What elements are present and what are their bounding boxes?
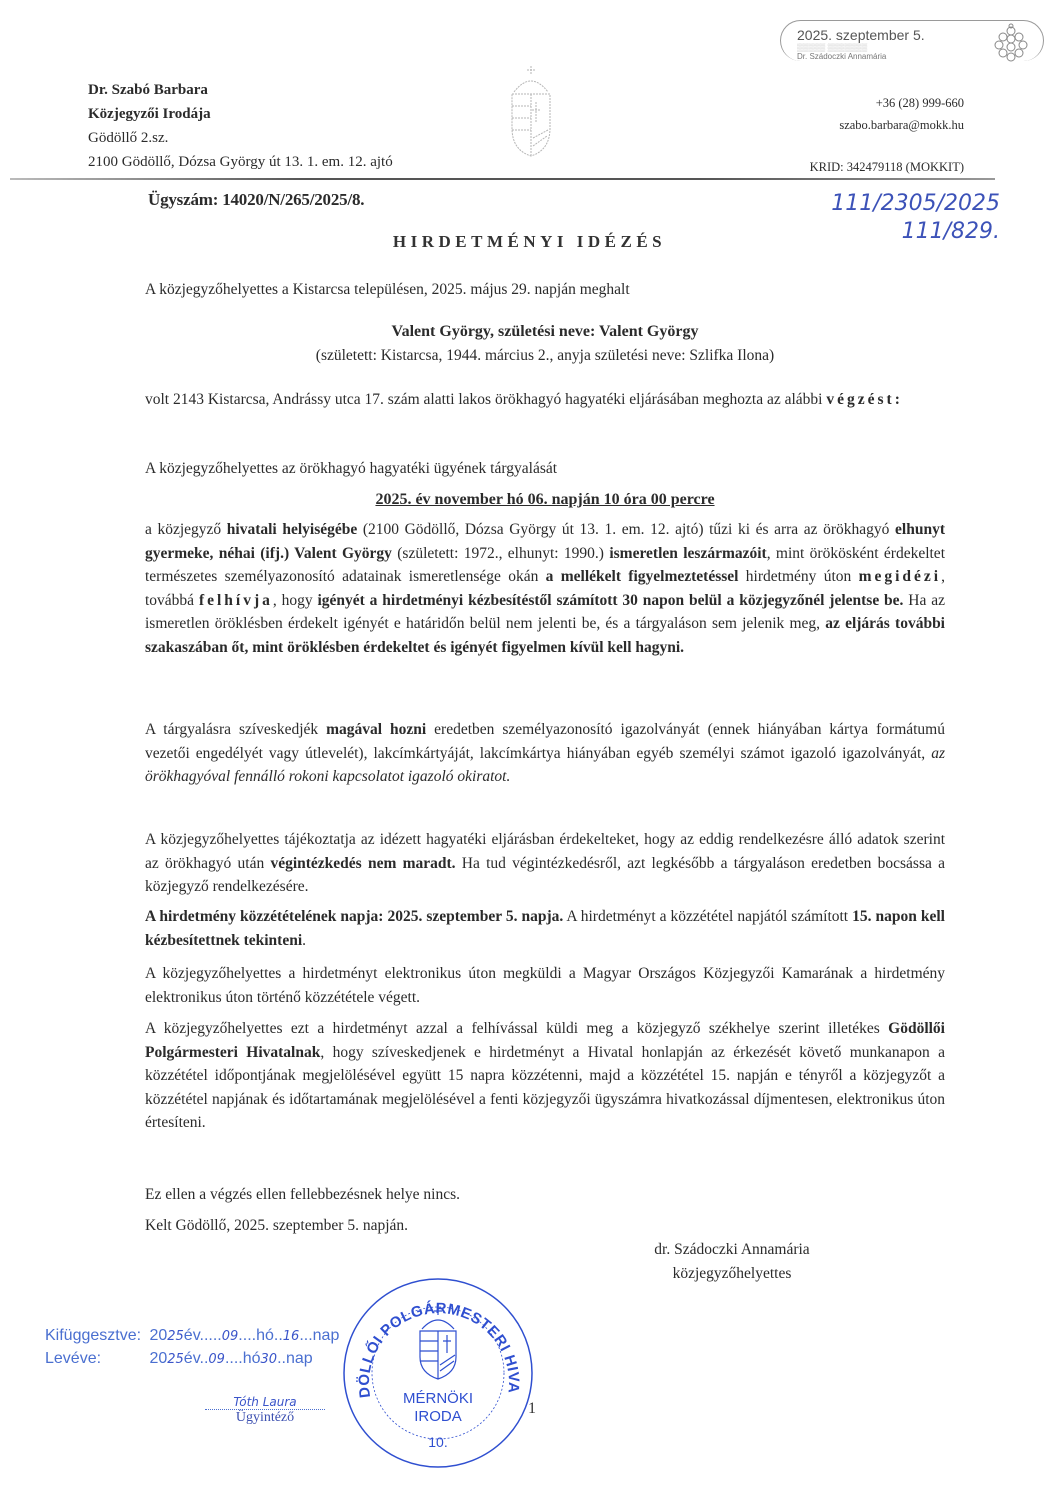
residence-paragraph: volt 2143 Kistarcsa, Andrássy utca 17. s… xyxy=(145,388,945,412)
posted-year: 25 xyxy=(167,1329,184,1344)
esign-faint-line: ▒▒▒▒▒ ▒▒▒▒▒▒▒ xyxy=(797,43,867,52)
intro-paragraph: A közjegyzőhelyettes a Kistarcsa települ… xyxy=(145,278,945,302)
text-run: (2100 Gödöllő, Dózsa György út 13. 1. em… xyxy=(357,521,895,538)
will-info-paragraph: A közjegyzőhelyettes tájékoztatja az idé… xyxy=(145,828,945,899)
colon: : xyxy=(895,391,900,408)
text-run: végintézkedés nem maradt. xyxy=(270,855,455,872)
document-title: HIRDETMÉNYI IDÉZÉS xyxy=(0,232,1059,252)
text-run: (született: 1972., elhunyt: 1990.) xyxy=(392,545,609,562)
office-name: Dr. Szabó Barbara xyxy=(88,78,393,102)
office-email[interactable]: szabo.barbara@mokk.hu xyxy=(839,114,964,136)
clerk-signature: Tóth Laura xyxy=(205,1395,325,1410)
stamp-line-1: MÉRNÖKI xyxy=(403,1389,473,1407)
month-word: hó xyxy=(243,1350,261,1367)
office-title: Közjegyzői Irodája xyxy=(88,102,393,126)
no-appeal-notice: Ez ellen a végzés ellen fellebbezésnek h… xyxy=(145,1183,945,1207)
posted-year-prefix: 20 xyxy=(149,1327,167,1344)
text-run: ismeretlen leszármazóit xyxy=(609,545,766,562)
decision-word: végzést xyxy=(826,391,894,408)
hearing-date: 2025. év november hó 06. napján 10 óra 0… xyxy=(145,488,945,512)
removed-month: 09 xyxy=(208,1352,225,1367)
text-run: hivatali helyiségébe xyxy=(227,521,357,538)
removed-year: 25 xyxy=(167,1352,184,1367)
stamp-ring-text: GÖDÖLLŐI POLGÁRMESTERI HIVATAL xyxy=(340,1275,522,1399)
signer-name: dr. Szádoczki Annamária xyxy=(622,1238,842,1262)
municipal-office-stamp: GÖDÖLLŐI POLGÁRMESTERI HIVATAL MÉRNÖKI I… xyxy=(340,1275,536,1471)
esign-date: 2025. szeptember 5. xyxy=(797,27,925,43)
year-word: év xyxy=(184,1350,200,1367)
text-run: a mellékelt figyelmeztetéssel xyxy=(546,568,739,585)
removed-row: Levéve: 2025év..09....hó30..nap xyxy=(45,1348,339,1371)
hearing-intro: A közjegyzőhelyettes az örökhagyó hagyat… xyxy=(145,457,945,481)
header-divider xyxy=(10,178,995,180)
notary-seal-icon xyxy=(991,23,1031,67)
text-run: , hogy xyxy=(273,592,318,609)
handwritten-line-1: 111/2305/2025 xyxy=(790,190,1000,218)
deceased-details: (született: Kistarcsa, 1944. március 2.,… xyxy=(145,344,945,368)
notary-office-block: Dr. Szabó Barbara Közjegyzői Irodája Göd… xyxy=(88,78,393,174)
chamber-paragraph: A közjegyzőhelyettes a hirdetményt elekt… xyxy=(145,962,945,1009)
page-number: 1 xyxy=(528,1400,536,1418)
stamp-number: 10. xyxy=(428,1434,447,1450)
deceased-block: Valent György, születési neve: Valent Gy… xyxy=(145,320,945,367)
signer-role: közjegyzőhelyettes xyxy=(622,1262,842,1286)
text-run: igényét a hirdetményi kézbesítéstől szám… xyxy=(317,592,903,609)
hungarian-coat-of-arms-icon xyxy=(500,62,562,162)
summons-paragraph: a közjegyző hivatali helyiségébe (2100 G… xyxy=(145,518,945,659)
day-word: nap xyxy=(313,1327,340,1344)
day-word: nap xyxy=(286,1350,313,1367)
text-run: A hirdetményt a közzététel napjától szám… xyxy=(563,908,852,925)
text-run: A hirdetmény közzétételének napja: 2025.… xyxy=(145,908,563,925)
posted-label: Kifüggesztve: xyxy=(45,1325,145,1347)
office-address: 2100 Gödöllő, Dózsa György út 13. 1. em.… xyxy=(88,150,393,174)
stamp-line-2: IRODA xyxy=(414,1408,462,1425)
text-run: . xyxy=(302,932,306,949)
text-run: a közjegyző xyxy=(145,521,227,538)
removed-year-prefix: 20 xyxy=(149,1350,167,1367)
deceased-name: Valent György, születési neve: Valent Gy… xyxy=(145,320,945,344)
publication-paragraph: A hirdetmény közzétételének napja: 2025.… xyxy=(145,905,945,952)
removed-label: Levéve: xyxy=(45,1348,145,1370)
contact-block: +36 (28) 999-660 szabo.barbara@mokk.hu xyxy=(839,92,964,136)
posting-stamp: Kifüggesztve: 2025év.....09....hó..16...… xyxy=(45,1325,339,1371)
clerk-role: Ügyintéző xyxy=(205,1410,325,1426)
office-phone: +36 (28) 999-660 xyxy=(839,92,964,114)
svg-text:GÖDÖLLŐI POLGÁRMESTERI HIVATAL: GÖDÖLLŐI POLGÁRMESTERI HIVATAL xyxy=(340,1275,522,1399)
electronic-signature-stamp: 2025. szeptember 5. ▒▒▒▒▒ ▒▒▒▒▒▒▒ Dr. Sz… xyxy=(780,20,1044,61)
posted-day: 16 xyxy=(283,1329,300,1344)
text-run: A közjegyzőhelyettes ezt a hirdetményt a… xyxy=(145,1020,888,1037)
krid-identifier: KRID: 342479118 (MOKKIT) xyxy=(810,160,964,175)
case-number: Ügyszám: 14020/N/265/2025/8. xyxy=(148,190,364,210)
text-run: hirdetmény úton xyxy=(738,568,858,585)
posted-row: Kifüggesztve: 2025év.....09....hó..16...… xyxy=(45,1325,339,1348)
text-run: felhívja xyxy=(199,592,273,609)
removed-day: 30 xyxy=(261,1352,278,1367)
dated-line: Kelt Gödöllő, 2025. szeptember 5. napján… xyxy=(145,1214,945,1238)
municipality-paragraph: A közjegyzőhelyettes ezt a hirdetményt a… xyxy=(145,1017,945,1135)
text-run: magával hozni xyxy=(326,721,426,738)
clerk-signature-block: Tóth Laura Ügyintéző xyxy=(205,1395,325,1426)
text-run: megidézi xyxy=(859,568,942,585)
month-word: hó xyxy=(256,1327,274,1344)
posted-month: 09 xyxy=(222,1329,239,1344)
office-seat: Gödöllő 2.sz. xyxy=(88,126,393,150)
residence-text: volt 2143 Kistarcsa, Andrássy utca 17. s… xyxy=(145,391,826,408)
documents-paragraph: A tárgyalásra szíveskedjék magával hozni… xyxy=(145,718,945,789)
text-run: A tárgyalásra szíveskedjék xyxy=(145,721,326,738)
esign-signer: Dr. Szádoczki Annamária xyxy=(797,52,886,61)
signature-block: dr. Szádoczki Annamária közjegyzőhelyett… xyxy=(622,1238,842,1285)
year-word: év xyxy=(184,1327,200,1344)
